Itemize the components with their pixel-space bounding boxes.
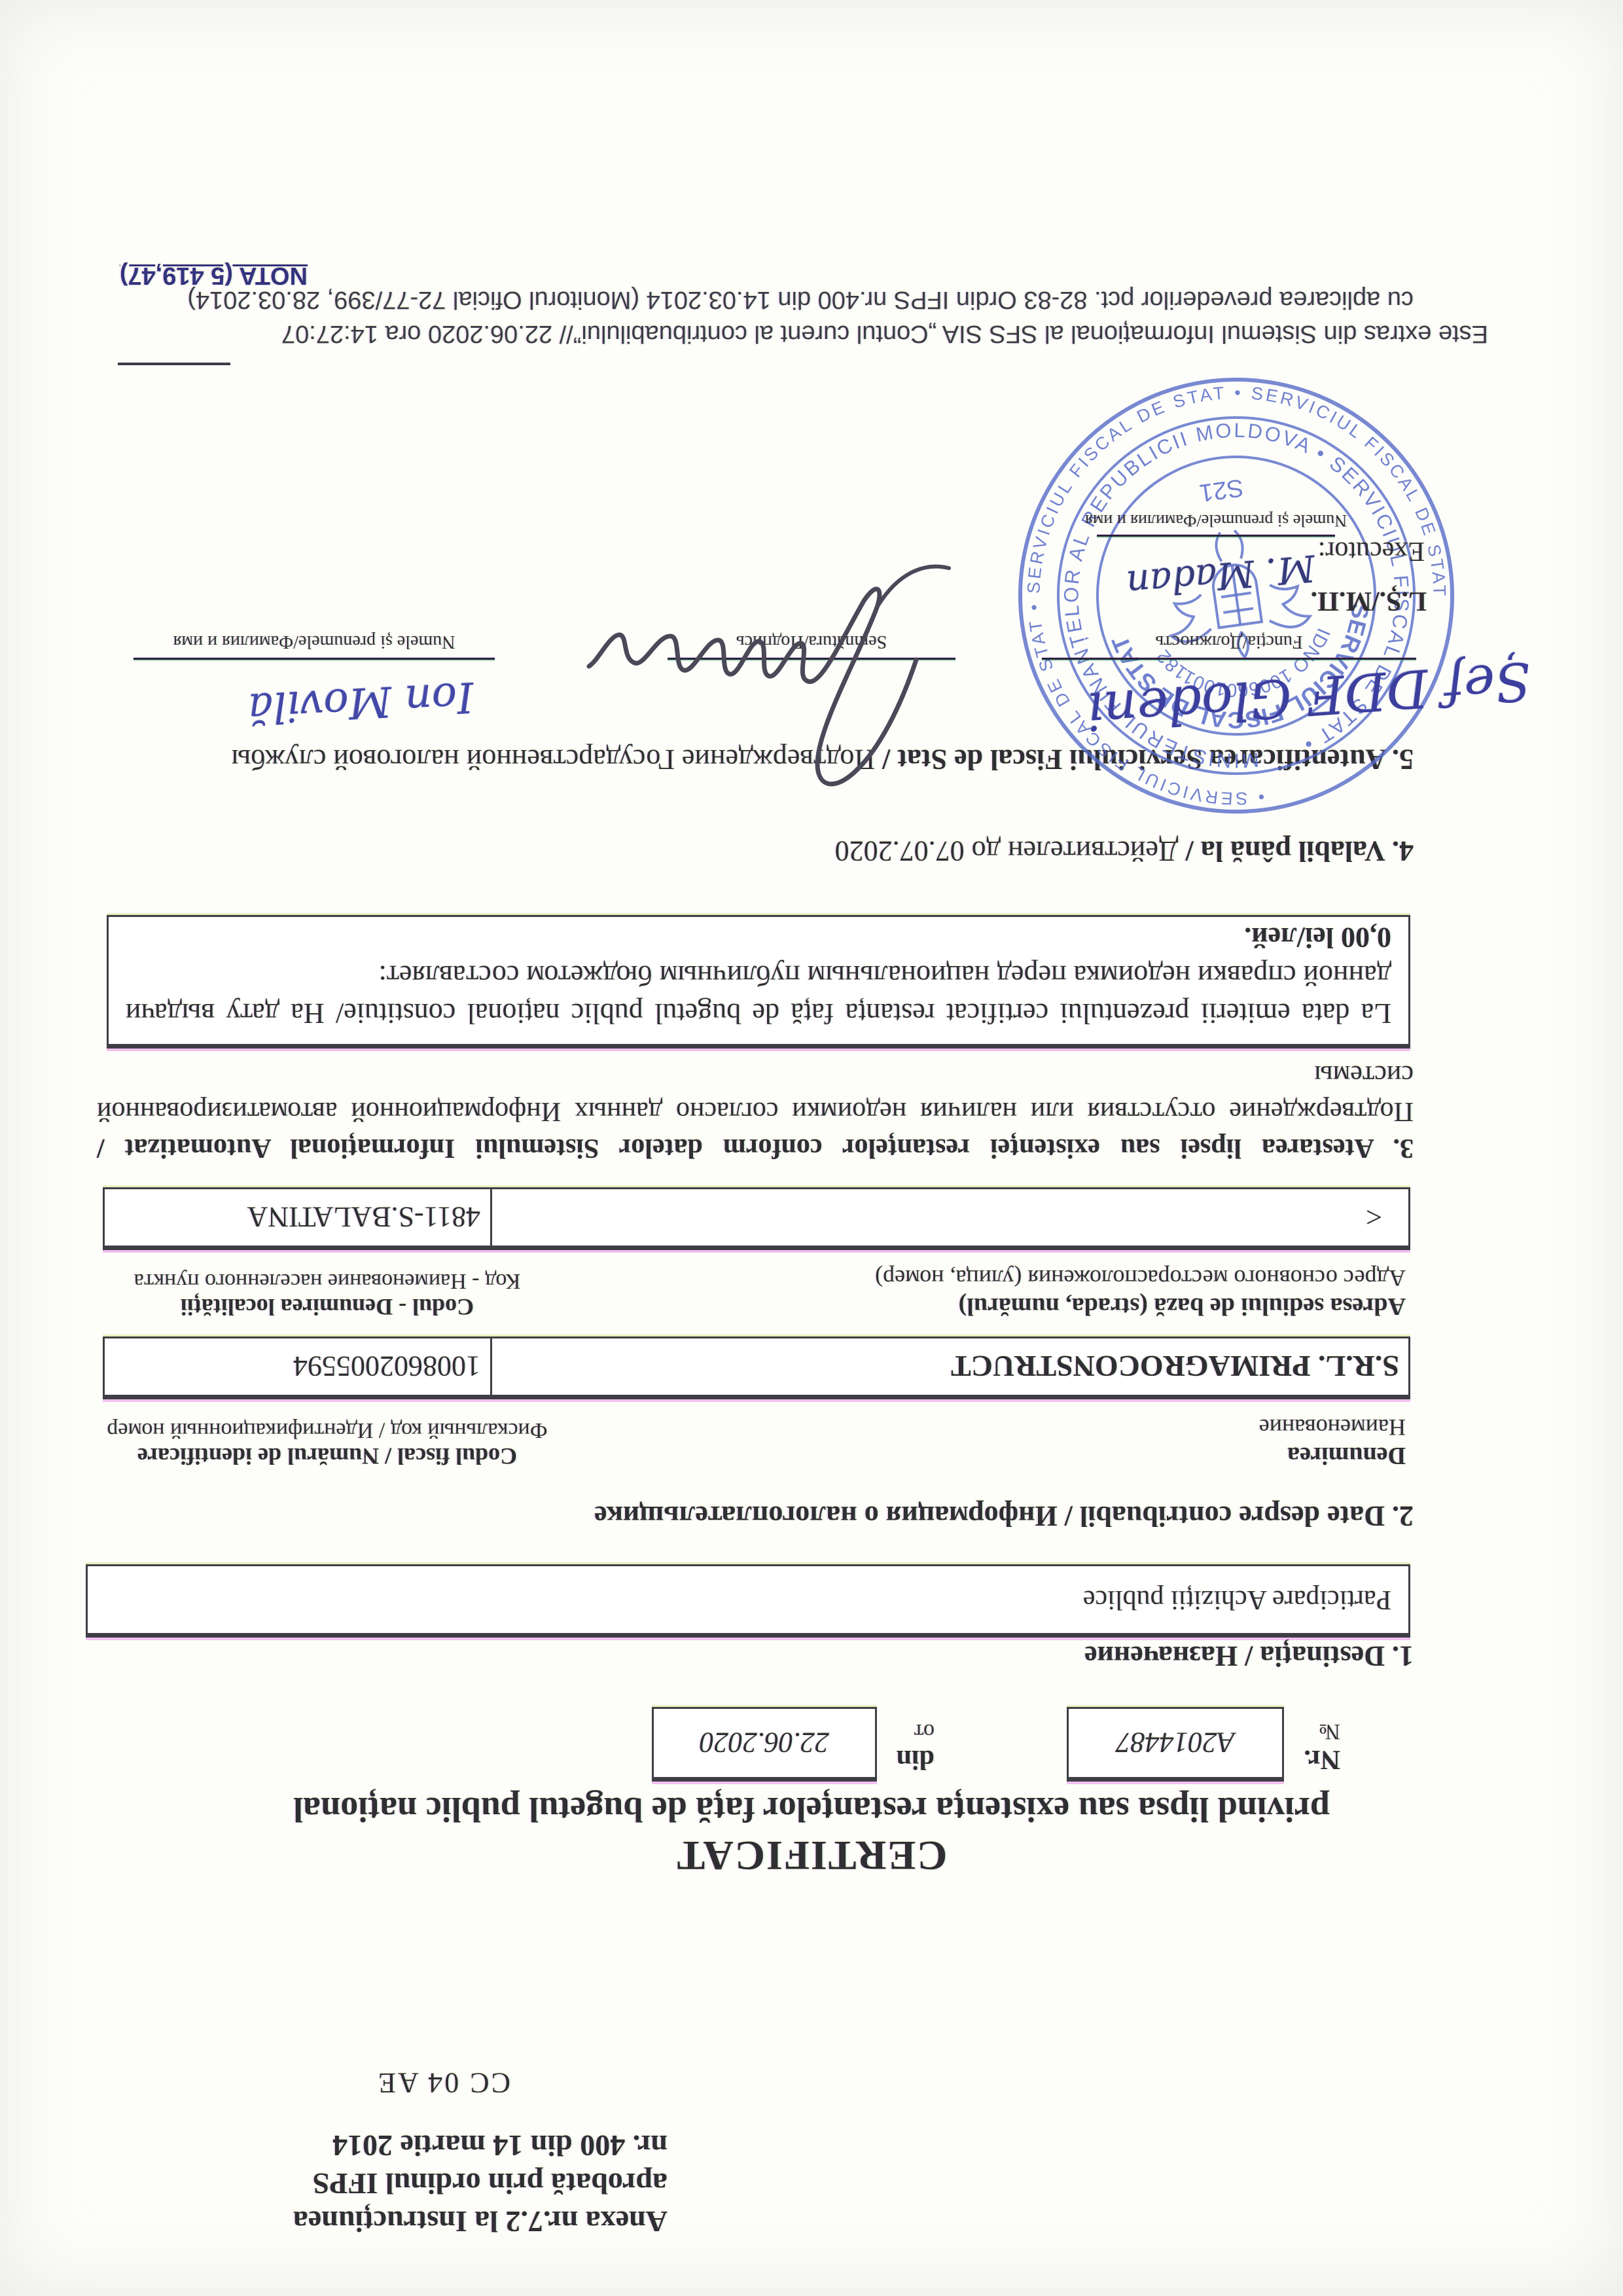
name-line: [134, 658, 495, 660]
executor-caption: Numele și prenumele/Фамилия и имя: [1079, 511, 1353, 530]
section3-heading-ro: 3. Atestarea lipsei sau existenței resta…: [97, 1133, 1414, 1163]
name-label-ro: Denumirea: [1259, 1441, 1406, 1470]
address-cell: <: [1366, 1189, 1382, 1246]
page-subtitle: privind lipsa sau existența restanțelor …: [0, 1789, 1623, 1830]
function-line: [1042, 658, 1416, 660]
balance-statement-box: La data emiterii prezentului certificat …: [107, 915, 1410, 1049]
section3-heading: 3. Atestarea lipsei sau existenței resta…: [97, 1056, 1414, 1166]
section2-heading: 2. Date despre contribuabil / Информация…: [594, 1499, 1414, 1533]
taxpayer-row: S.R.L. PRIMAGROCONSTRUCT 1008602005594: [103, 1336, 1410, 1399]
extract-line1: Este extras din Sistemul Informațional a…: [107, 317, 1488, 351]
name-label-ru: Наименование: [1259, 1414, 1406, 1441]
address-column-label: Adresa sediului de bază (strada, numărul…: [875, 1265, 1406, 1321]
certificate-number-field: A2014487: [1067, 1707, 1284, 1782]
certificate-sheet: Anexa nr.7.2 la Instrucțiunea aprobată p…: [0, 0, 1623, 2296]
statement-ro: La data emiterii prezentului certificat …: [336, 997, 1391, 1030]
din-label: din от: [897, 1719, 935, 1775]
address-row: < 4811-S.BALATINA: [103, 1187, 1410, 1250]
function-caption: Funcția/Должность: [1042, 631, 1416, 652]
scanned-certificate-page: { "colors": { "paper": "#fdfdfa", "print…: [0, 0, 1623, 2296]
taxpayer-name-value: S.R.L. PRIMAGROCONSTRUCT: [951, 1350, 1399, 1384]
certificate-date-field: 22.06.2020: [652, 1707, 877, 1782]
section4-ro: 4. Valabil până la /: [1186, 835, 1414, 867]
locality-value: 4811-S.BALATINA: [247, 1201, 480, 1234]
nr-label: Nr. №: [1304, 1719, 1340, 1775]
nr-label-ro: Nr.: [1304, 1744, 1340, 1775]
section3-heading-ru: Подтверждение отсутствия или наличия нед…: [97, 1060, 1414, 1126]
nota-annotation: NOTA (5 419,47): [120, 261, 308, 289]
balance-statement-text: La data emiterii prezentului certificat …: [126, 956, 1391, 1032]
certificate-date-value: 22.06.2020: [700, 1727, 829, 1760]
seal-place-label: L.Ș./М.П.: [1311, 585, 1427, 617]
din-label-ru: от: [897, 1719, 935, 1744]
name-handwriting: Ion Movilă: [247, 672, 475, 732]
fiscal-column-label: Codul fiscal / Numărul de identificare Ф…: [105, 1418, 550, 1470]
page-title: CERTIFICAT: [0, 1831, 1623, 1880]
signature-stroke: [556, 555, 975, 830]
destination-field: Participare Achiziții publice: [86, 1564, 1410, 1638]
balance-amount: 0,00 lei/лей.: [126, 918, 1391, 956]
locality-label-ru: Код - Наименование населенного пункта: [105, 1268, 550, 1293]
address-value: <: [1366, 1201, 1382, 1234]
locality-cell: 4811-S.BALATINA: [247, 1189, 480, 1246]
stamp-office-code: S21: [1198, 473, 1245, 507]
annex-line: nr. 400 din 14 martie 2014: [118, 2126, 668, 2164]
footer-rule: [118, 363, 230, 365]
pen-signature: [556, 555, 975, 830]
cell-divider: [490, 1338, 492, 1395]
din-label-ro: din: [897, 1744, 935, 1775]
executor-line: [1097, 535, 1335, 537]
executor-label: Executor:: [1318, 535, 1425, 567]
destination-value: Participare Achiziții publice: [1083, 1584, 1391, 1615]
name-column-label: Denumirea Наименование: [1259, 1414, 1406, 1470]
annex-reference: Anexa nr.7.2 la Instrucțiunea aprobată p…: [118, 2126, 668, 2240]
nr-label-ru: №: [1304, 1719, 1340, 1744]
fiscal-code-cell: 1008602005594: [293, 1338, 480, 1395]
fiscal-label-ro: Codul fiscal / Numărul de identificare: [105, 1443, 550, 1470]
address-label-ru: Адрес основного месторасположения (улица…: [875, 1265, 1406, 1292]
locality-column-label: Codul - Denumirea localității Код - Наим…: [105, 1268, 550, 1321]
form-code: CC 04 AE: [376, 2066, 510, 2100]
section1-heading: 1. Destinația / Назначение: [1084, 1640, 1414, 1673]
taxpayer-name-cell: S.R.L. PRIMAGROCONSTRUCT: [951, 1338, 1399, 1395]
annex-line: Anexa nr.7.2 la Instrucțiunea: [118, 2202, 668, 2240]
address-label-ro: Adresa sediului de bază (strada, numărul…: [875, 1292, 1406, 1321]
extract-note: Este extras din Sistemul Informațional a…: [107, 283, 1488, 351]
certificate-number-value: A2014487: [1116, 1727, 1235, 1760]
section4-heading: 4. Valabil până la / Действителен до 07.…: [835, 834, 1414, 868]
cell-divider: [490, 1189, 492, 1246]
fiscal-label-ru: Фискальный код / Идентификационный номер: [105, 1418, 550, 1443]
valid-until-date: 07.07.2020: [835, 835, 965, 867]
annex-line: aprobată prin ordinul IFPS: [118, 2164, 668, 2202]
fiscal-code-value: 1008602005594: [293, 1350, 480, 1384]
locality-label-ro: Codul - Denumirea localității: [105, 1293, 550, 1321]
name-caption: Numele și prenumele/Фамилия и имя: [134, 631, 495, 652]
